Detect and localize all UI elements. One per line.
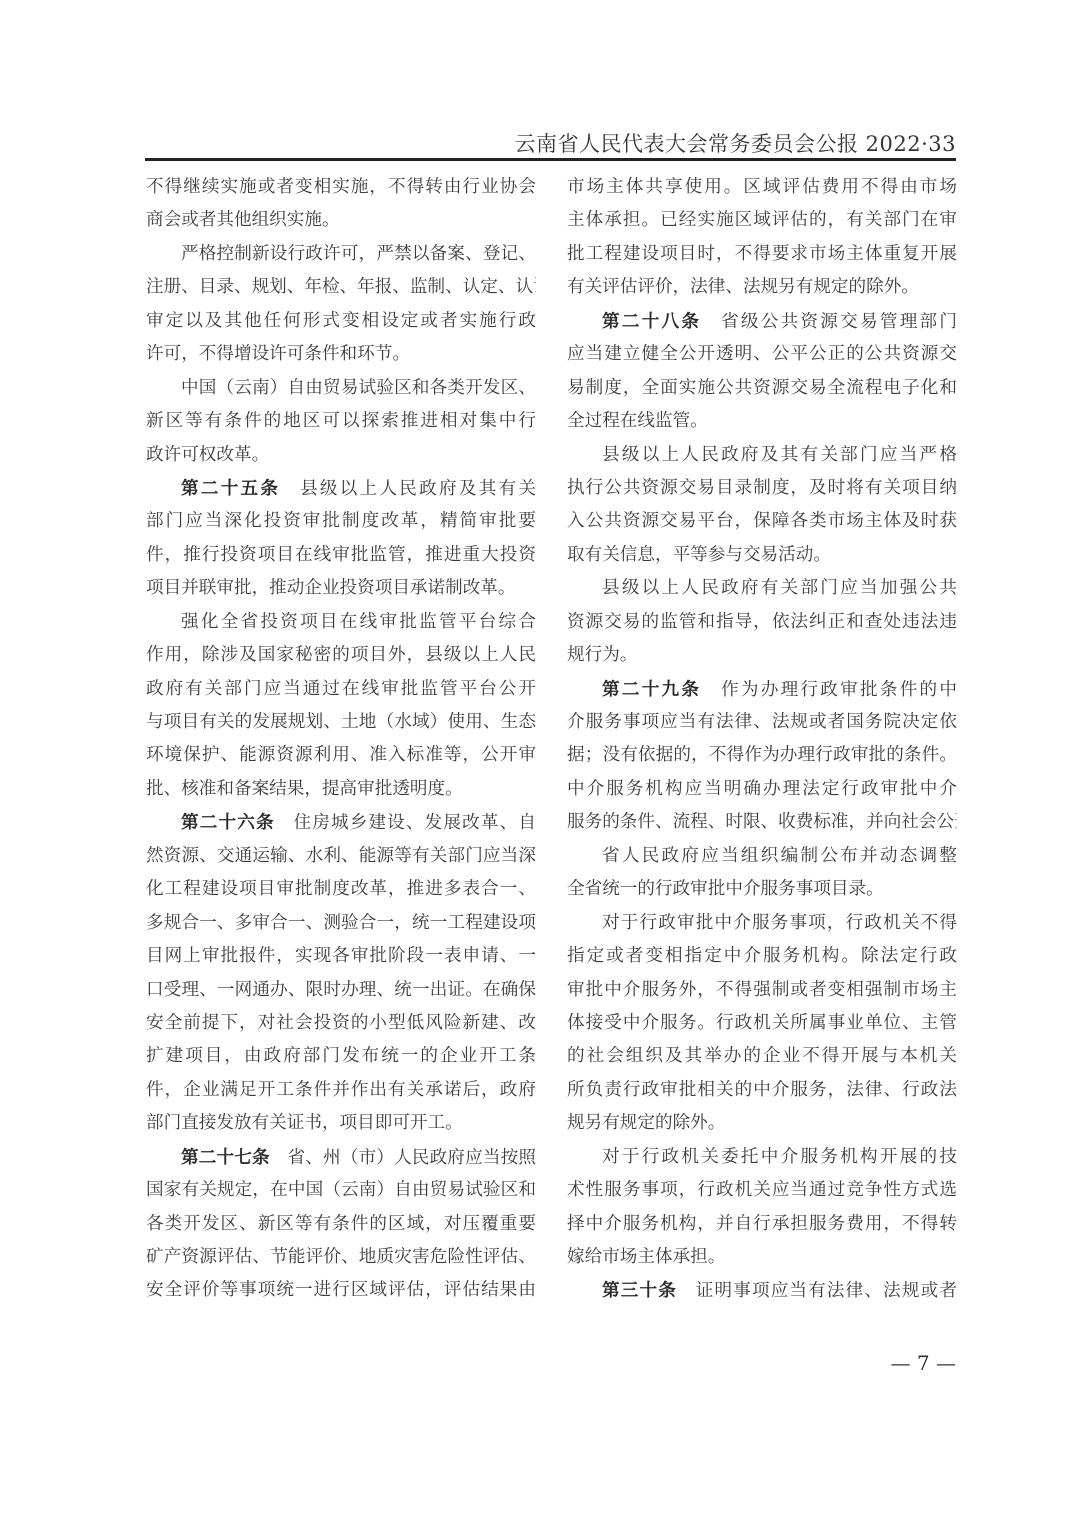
line-text: 多规合一、多审合一、测验合一，统一工程建设项	[146, 913, 536, 933]
line-text: 不得继续实施或者变相实施，不得转由行业协会	[146, 177, 536, 197]
text-line: 全过程在线监管。	[567, 405, 957, 438]
line-text: 服务的条件、流程、时限、收费标准，并向社会公开。	[567, 812, 957, 832]
text-line: 与项目有关的发展规划、土地（水域）使用、生态	[146, 706, 536, 739]
line-text: 全省统一的行政审批中介服务事项目录。	[567, 879, 884, 899]
text-line: 服务的条件、流程、时限、收费标准，并向社会公开。	[567, 806, 957, 839]
text-line: 批、核准和备案结果，提高审批透明度。	[146, 773, 536, 806]
text-line: 资源交易的监管和指导，依法纠正和查处违法违	[567, 606, 957, 639]
line-text: 部门应当深化投资审批制度改革，精简审批要	[146, 511, 536, 531]
line-text: 许可，不得增设许可条件和环节。	[146, 344, 410, 364]
line-text: 证明事项应当有法律、法规或者	[696, 1281, 957, 1301]
line-text: 省级公共资源交易管理部门	[721, 312, 957, 332]
line-text: 注册、目录、规划、年检、年报、监制、认定、认证、	[146, 277, 536, 297]
article-number: 第二十八条	[602, 311, 721, 332]
page-number: — 7 —	[891, 1351, 956, 1375]
line-text: 体接受中介服务。行政机关所属事业单位、主管	[567, 1013, 957, 1033]
line-text: 对于行政审批中介服务事项，行政机关不得	[602, 913, 957, 933]
line-text: 国家有关规定，在中国（云南）自由贸易试验区和	[146, 1180, 536, 1200]
line-text: 全过程在线监管。	[567, 411, 708, 431]
right-text-column: 市场主体共享使用。区域评估费用不得由市场主体承担。已经实施区域评估的，有关部门在…	[567, 171, 957, 1308]
text-line: 作用，除涉及国家秘密的项目外，县级以上人民	[146, 639, 536, 672]
line-text: 强化全省投资项目在线审批监管平台综合	[181, 612, 536, 632]
text-line: 中介服务机构应当明确办理法定行政审批中介	[567, 773, 957, 806]
text-line: 强化全省投资项目在线审批监管平台综合	[146, 606, 536, 639]
text-line: 安全前提下，对社会投资的小型低风险新建、改	[146, 1007, 536, 1040]
line-text: 政许可权改革。	[146, 445, 269, 465]
line-text: 然资源、交通运输、水利、能源等有关部门应当深	[146, 846, 536, 866]
text-line: 省人民政府应当组织编制公布并动态调整	[567, 840, 957, 873]
article-number: 第二十五条	[181, 478, 300, 499]
text-line: 所负责行政审批相关的中介服务，法律、行政法	[567, 1074, 957, 1107]
text-line: 有关评估评价，法律、法规另有规定的除外。	[567, 271, 957, 304]
article-number: 第三十条	[602, 1280, 696, 1301]
line-text: 项目并联审批，推动企业投资项目承诺制改革。	[146, 578, 515, 598]
text-line: 不得继续实施或者变相实施，不得转由行业协会	[146, 171, 536, 204]
text-line: 矿产资源评估、节能评价、地质灾害危险性评估、	[146, 1241, 536, 1274]
text-line: 新区等有条件的地区可以探索推进相对集中行	[146, 405, 536, 438]
line-text: 化工程建设项目审批制度改革，推进多表合一、	[146, 879, 536, 899]
text-line: 件，推行投资项目在线审批监管，推进重大投资	[146, 539, 536, 572]
text-line: 术性服务事项，行政机关应当通过竞争性方式选	[567, 1174, 957, 1207]
line-text: 省、州（市）人民政府应当按照	[288, 1148, 536, 1168]
header-rule	[145, 158, 956, 161]
text-line: 择中介服务机构，并自行承担服务费用，不得转	[567, 1208, 957, 1241]
text-line: 政许可权改革。	[146, 439, 536, 472]
line-text: 审批中介服务外，不得强制或者变相强制市场主	[567, 980, 957, 1000]
text-line: 第三十条 证明事项应当有法律、法规或者	[567, 1274, 957, 1307]
text-line: 国家有关规定，在中国（云南）自由贸易试验区和	[146, 1174, 536, 1207]
line-text: 作为办理行政审批条件的中	[721, 680, 957, 700]
line-text: 部门直接发放有关证书，项目即可开工。	[146, 1113, 463, 1133]
line-text: 介服务事项应当有法律、法规或者国务院决定依	[567, 712, 957, 732]
text-line: 规行为。	[567, 639, 957, 672]
text-line: 应当建立健全公开透明、公平公正的公共资源交	[567, 338, 957, 371]
text-line: 第二十五条 县级以上人民政府及其有关	[146, 472, 536, 505]
text-line: 全省统一的行政审批中介服务事项目录。	[567, 873, 957, 906]
text-line: 指定或者变相指定中介服务机构。除法定行政	[567, 940, 957, 973]
line-text: 中介服务机构应当明确办理法定行政审批中介	[567, 779, 957, 799]
text-line: 批工程建设项目时，不得要求市场主体重复开展	[567, 238, 957, 271]
line-text: 件，推行投资项目在线审批监管，推进重大投资	[146, 545, 536, 565]
left-text-column: 不得继续实施或者变相实施，不得转由行业协会商会或者其他组织实施。严格控制新设行政…	[146, 171, 536, 1308]
text-line: 化工程建设项目审批制度改革，推进多表合一、	[146, 873, 536, 906]
text-line: 部门直接发放有关证书，项目即可开工。	[146, 1107, 536, 1140]
text-line: 环境保护、能源资源利用、准入标准等，公开审	[146, 739, 536, 772]
text-line: 介服务事项应当有法律、法规或者国务院决定依	[567, 706, 957, 739]
line-text: 据；没有依据的，不得作为办理行政审批的条件。	[567, 745, 957, 765]
line-text: 指定或者变相指定中介服务机构。除法定行政	[567, 946, 957, 966]
line-text: 作用，除涉及国家秘密的项目外，县级以上人民	[146, 645, 536, 665]
line-text: 县级以上人民政府及其有关	[300, 479, 536, 499]
text-line: 许可，不得增设许可条件和环节。	[146, 338, 536, 371]
line-text: 批、核准和备案结果，提高审批透明度。	[146, 779, 463, 799]
line-text: 易制度，全面实施公共资源交易全流程电子化和	[567, 378, 957, 398]
line-text: 安全评价等事项统一进行区域评估，评估结果由	[146, 1280, 536, 1300]
text-line: 然资源、交通运输、水利、能源等有关部门应当深	[146, 840, 536, 873]
text-line: 第二十八条 省级公共资源交易管理部门	[567, 305, 957, 338]
text-line: 中国（云南）自由贸易试验区和各类开发区、	[146, 372, 536, 405]
line-text: 县级以上人民政府有关部门应当加强公共	[602, 578, 957, 598]
text-line: 政府有关部门应当通过在线审批监管平台公开	[146, 673, 536, 706]
line-text: 口受理、一网通办、限时办理、统一出证。在确保	[146, 980, 536, 1000]
text-line: 对于行政审批中介服务事项，行政机关不得	[567, 907, 957, 940]
article-number: 第二十九条	[602, 679, 721, 700]
text-line: 第二十九条 作为办理行政审批条件的中	[567, 673, 957, 706]
line-text: 取有关信息，平等参与交易活动。	[567, 545, 831, 565]
line-text: 目网上审批报件，实现各审批阶段一表申请、一	[146, 946, 536, 966]
text-line: 部门应当深化投资审批制度改革，精简审批要	[146, 505, 536, 538]
text-line: 审批中介服务外，不得强制或者变相强制市场主	[567, 974, 957, 1007]
text-line: 件，企业满足开工条件并作出有关承诺后，政府	[146, 1074, 536, 1107]
text-line: 易制度，全面实施公共资源交易全流程电子化和	[567, 372, 957, 405]
text-line: 取有关信息，平等参与交易活动。	[567, 539, 957, 572]
text-line: 主体承担。已经实施区域评估的，有关部门在审	[567, 204, 957, 237]
line-text: 术性服务事项，行政机关应当通过竞争性方式选	[567, 1180, 957, 1200]
text-line: 第二十七条 省、州（市）人民政府应当按照	[146, 1141, 536, 1174]
text-line: 县级以上人民政府有关部门应当加强公共	[567, 572, 957, 605]
text-line: 市场主体共享使用。区域评估费用不得由市场	[567, 171, 957, 204]
line-text: 所负责行政审批相关的中介服务，法律、行政法	[567, 1080, 957, 1100]
text-line: 第二十六条 住房城乡建设、发展改革、自	[146, 806, 536, 839]
line-text: 与项目有关的发展规划、土地（水域）使用、生态	[146, 712, 536, 732]
text-line: 扩建项目，由政府部门发布统一的企业开工条	[146, 1040, 536, 1073]
line-text: 环境保护、能源资源利用、准入标准等，公开审	[146, 745, 536, 765]
line-text: 对于行政机关委托中介服务机构开展的技	[602, 1147, 957, 1167]
text-line: 执行公共资源交易目录制度，及时将有关项目纳	[567, 472, 957, 505]
line-text: 应当建立健全公开透明、公平公正的公共资源交	[567, 344, 957, 364]
text-line: 口受理、一网通办、限时办理、统一出证。在确保	[146, 974, 536, 1007]
line-text: 县级以上人民政府及其有关部门应当严格	[602, 445, 957, 465]
line-text: 严格控制新设行政许可，严禁以备案、登记、	[181, 244, 536, 264]
text-line: 严格控制新设行政许可，严禁以备案、登记、	[146, 238, 536, 271]
line-text: 资源交易的监管和指导，依法纠正和查处违法违	[567, 612, 957, 632]
running-header-title: 云南省人民代表大会常务委员会公报 2022·33	[514, 128, 956, 158]
line-text: 扩建项目，由政府部门发布统一的企业开工条	[146, 1046, 536, 1066]
line-text: 商会或者其他组织实施。	[146, 210, 340, 230]
line-text: 中国（云南）自由贸易试验区和各类开发区、	[181, 378, 536, 398]
line-text: 审定以及其他任何形式变相设定或者实施行政	[146, 311, 536, 331]
article-number: 第二十七条	[181, 1147, 288, 1168]
text-line: 多规合一、多审合一、测验合一，统一工程建设项	[146, 907, 536, 940]
line-text: 政府有关部门应当通过在线审批监管平台公开	[146, 679, 536, 699]
line-text: 市场主体共享使用。区域评估费用不得由市场	[567, 177, 957, 197]
line-text: 各类开发区、新区等有条件的区域，对压覆重要	[146, 1214, 536, 1234]
text-line: 目网上审批报件，实现各审批阶段一表申请、一	[146, 940, 536, 973]
line-text: 嫁给市场主体承担。	[567, 1247, 725, 1267]
line-text: 入公共资源交易平台，保障各类市场主体及时获	[567, 511, 957, 531]
line-text: 的社会组织及其举办的企业不得开展与本机关	[567, 1046, 957, 1066]
line-text: 省人民政府应当组织编制公布并动态调整	[602, 846, 957, 866]
line-text: 规行为。	[567, 645, 637, 665]
text-line: 项目并联审批，推动企业投资项目承诺制改革。	[146, 572, 536, 605]
line-text: 择中介服务机构，并自行承担服务费用，不得转	[567, 1214, 957, 1234]
text-line: 入公共资源交易平台，保障各类市场主体及时获	[567, 505, 957, 538]
line-text: 件，企业满足开工条件并作出有关承诺后，政府	[146, 1080, 536, 1100]
text-line: 各类开发区、新区等有条件的区域，对压覆重要	[146, 1208, 536, 1241]
line-text: 矿产资源评估、节能评价、地质灾害危险性评估、	[146, 1247, 536, 1267]
line-text: 住房城乡建设、发展改革、自	[293, 813, 536, 833]
text-line: 对于行政机关委托中介服务机构开展的技	[567, 1141, 957, 1174]
text-line: 的社会组织及其举办的企业不得开展与本机关	[567, 1040, 957, 1073]
text-line: 体接受中介服务。行政机关所属事业单位、主管	[567, 1007, 957, 1040]
text-line: 注册、目录、规划、年检、年报、监制、认定、认证、	[146, 271, 536, 304]
article-number: 第二十六条	[181, 812, 293, 833]
text-line: 审定以及其他任何形式变相设定或者实施行政	[146, 305, 536, 338]
line-text: 安全前提下，对社会投资的小型低风险新建、改	[146, 1013, 536, 1033]
line-text: 主体承担。已经实施区域评估的，有关部门在审	[567, 210, 957, 230]
line-text: 批工程建设项目时，不得要求市场主体重复开展	[567, 244, 957, 264]
text-line: 规另有规定的除外。	[567, 1107, 957, 1140]
text-line: 据；没有依据的，不得作为办理行政审批的条件。	[567, 739, 957, 772]
text-line: 商会或者其他组织实施。	[146, 204, 536, 237]
line-text: 执行公共资源交易目录制度，及时将有关项目纳	[567, 478, 957, 498]
line-text: 有关评估评价，法律、法规另有规定的除外。	[567, 277, 919, 297]
text-line: 嫁给市场主体承担。	[567, 1241, 957, 1274]
text-line: 安全评价等事项统一进行区域评估，评估结果由	[146, 1274, 536, 1307]
text-line: 县级以上人民政府及其有关部门应当严格	[567, 439, 957, 472]
line-text: 规另有规定的除外。	[567, 1113, 725, 1133]
line-text: 新区等有条件的地区可以探索推进相对集中行	[146, 411, 536, 431]
